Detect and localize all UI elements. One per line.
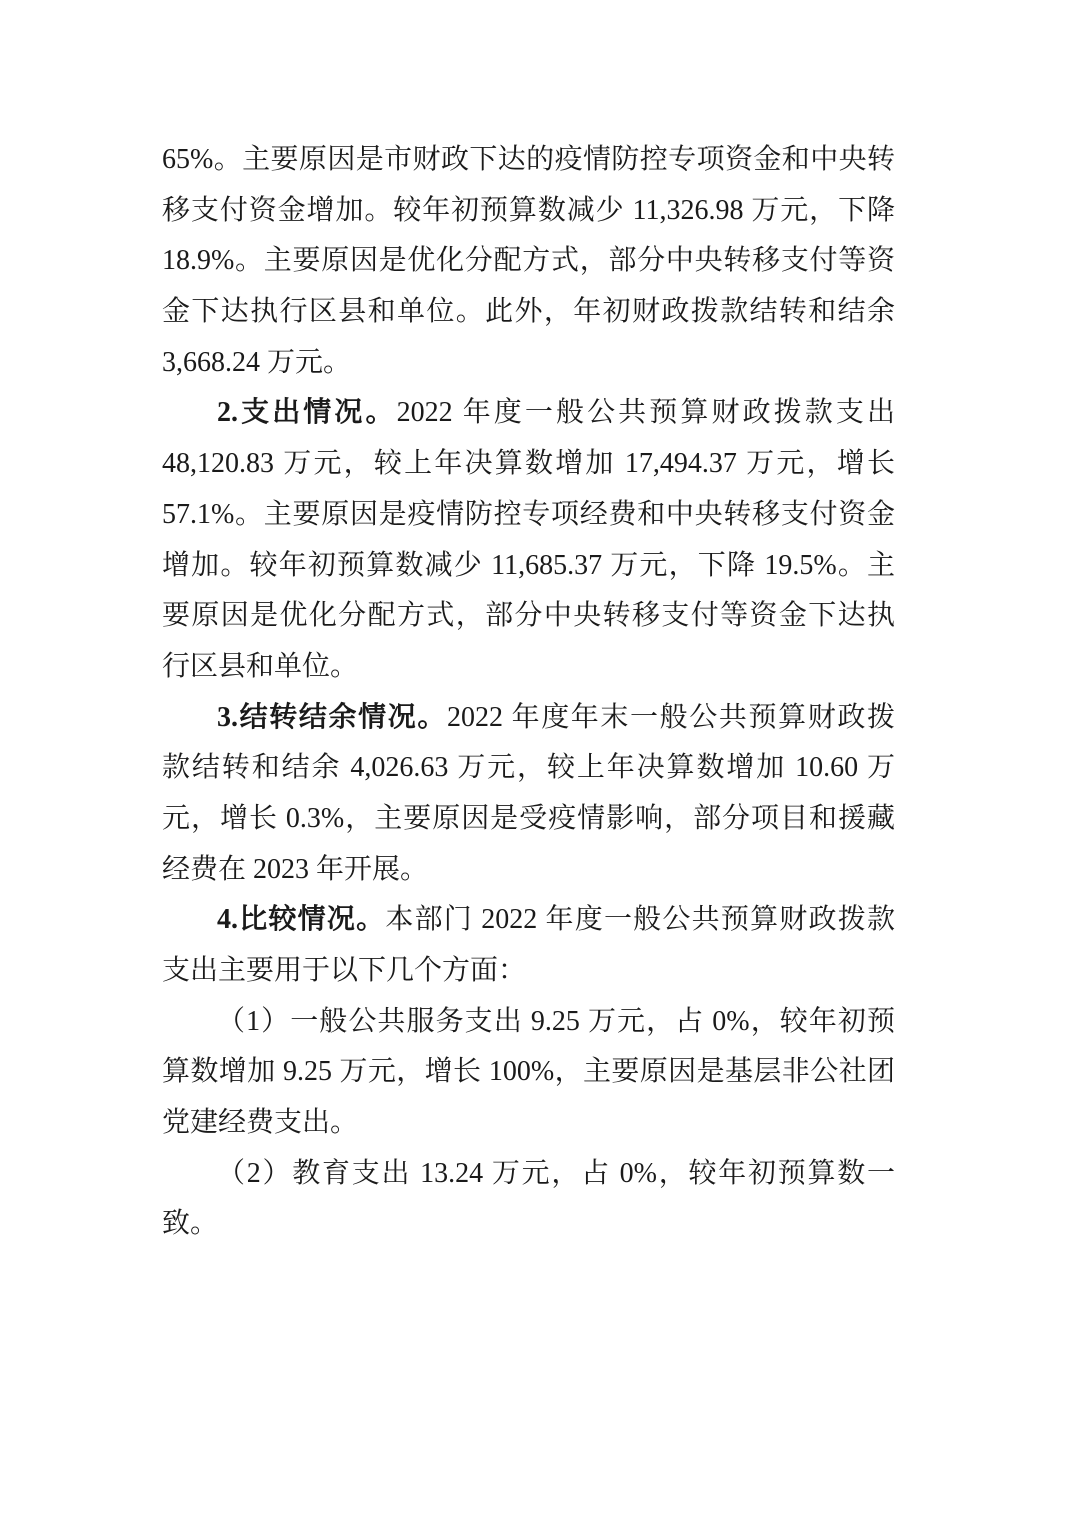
section-heading: 3.结转结余情况。 — [217, 702, 447, 733]
text-line: 行区县和单位。 — [162, 642, 895, 693]
paragraph-comparison: 4.比较情况。本部门 2022 年度一般公共预算财政拨款支出主要用于以下几个方面… — [162, 895, 895, 996]
paragraph-carryover-balance: 3.结转结余情况。2022 年度年末一般公共预算财政拨款结转和结余 4,026.… — [162, 693, 895, 896]
text-line: 4.比较情况。本部门 2022 年度一般公共预算财政拨款 — [162, 895, 895, 946]
text-line: 移支付资金增加。较年初预算数减少 11,326.98 万元，下降 — [162, 186, 895, 237]
paragraph-income-continued: 65%。主要原因是市财政下达的疫情防控专项资金和中央转移支付资金增加。较年初预算… — [162, 135, 895, 388]
text-line: 65%。主要原因是市财政下达的疫情防控专项资金和中央转 — [162, 135, 895, 186]
section-heading: 2.支出情况。 — [217, 397, 397, 428]
text-line: （1）一般公共服务支出 9.25 万元，占 0%，较年初预 — [162, 997, 895, 1048]
text-line: 支出主要用于以下几个方面： — [162, 946, 895, 997]
text-line: 要原因是优化分配方式，部分中央转移支付等资金下达执 — [162, 591, 895, 642]
text-line: 2.支出情况。2022 年度一般公共预算财政拨款支出 — [162, 388, 895, 439]
text-line: 3,668.24 万元。 — [162, 338, 895, 389]
section-heading: 4.比较情况。 — [217, 904, 385, 935]
paragraph-item-1-general-public-services: （1）一般公共服务支出 9.25 万元，占 0%，较年初预算数增加 9.25 万… — [162, 997, 895, 1149]
text-line: 57.1%。主要原因是疫情防控专项经费和中央转移支付资金 — [162, 490, 895, 541]
text-line: 致。 — [162, 1199, 895, 1250]
text-line: （2）教育支出 13.24 万元，占 0%，较年初预算数一 — [162, 1149, 895, 1200]
text-line: 算数增加 9.25 万元，增长 100%，主要原因是基层非公社团 — [162, 1047, 895, 1098]
text-line: 元，增长 0.3%，主要原因是受疫情影响，部分项目和援藏 — [162, 794, 895, 845]
text-line: 款结转和结余 4,026.63 万元，较上年决算数增加 10.60 万 — [162, 743, 895, 794]
text-line: 48,120.83 万元，较上年决算数增加 17,494.37 万元，增长 — [162, 439, 895, 490]
text-line: 金下达执行区县和单位。此外，年初财政拨款结转和结余 — [162, 287, 895, 338]
text-line: 经费在 2023 年开展。 — [162, 845, 895, 896]
paragraph-item-2-education: （2）教育支出 13.24 万元，占 0%，较年初预算数一致。 — [162, 1149, 895, 1250]
document-page: 65%。主要原因是市财政下达的疫情防控专项资金和中央转移支付资金增加。较年初预算… — [0, 0, 1075, 1521]
text-line: 18.9%。主要原因是优化分配方式，部分中央转移支付等资 — [162, 236, 895, 287]
text-line: 3.结转结余情况。2022 年度年末一般公共预算财政拨 — [162, 693, 895, 744]
document-body: 65%。主要原因是市财政下达的疫情防控专项资金和中央转移支付资金增加。较年初预算… — [162, 135, 895, 1250]
text-line: 党建经费支出。 — [162, 1098, 895, 1149]
text-line: 增加。较年初预算数减少 11,685.37 万元，下降 19.5%。主 — [162, 541, 895, 592]
paragraph-expenditure: 2.支出情况。2022 年度一般公共预算财政拨款支出48,120.83 万元，较… — [162, 388, 895, 692]
